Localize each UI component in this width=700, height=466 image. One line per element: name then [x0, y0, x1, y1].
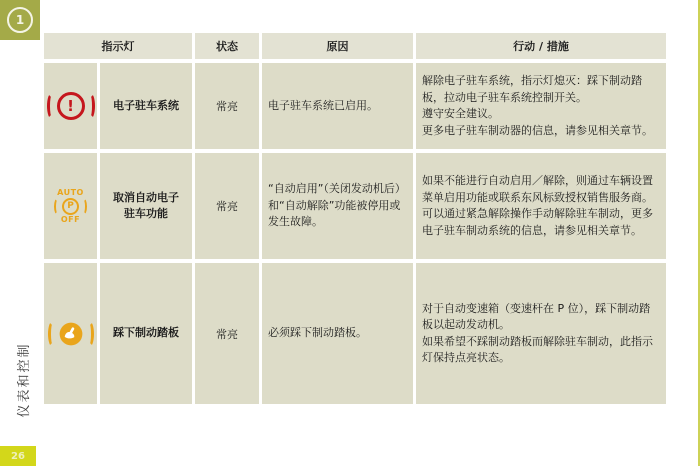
- table-row-1-status: 常亮: [195, 63, 259, 149]
- table-row-2-icon-cell: AUTO P OFF: [44, 153, 97, 259]
- header-indicator: 指示灯: [44, 33, 192, 59]
- auto-parking-brake-off-icon: AUTO P OFF: [54, 189, 87, 224]
- chapter-number: 1: [16, 14, 24, 26]
- p-glyph: P: [67, 201, 74, 211]
- arc-right: [80, 198, 87, 215]
- table-row-3-action: 对于自动变速箱（变速杆在 P 位），踩下制动踏板以起动发动机。 如果希望不踩制动…: [416, 263, 666, 404]
- foot-on-pedal-glyph: [58, 321, 84, 347]
- header-status: 状态: [195, 33, 259, 59]
- table-row-3-cause: 必须踩下制动踏板。: [262, 263, 413, 404]
- table-row-2-label: 取消自动电子 驻车功能: [100, 153, 192, 259]
- parking-brake-warning-icon: !: [47, 92, 95, 120]
- arc-right: [86, 93, 95, 119]
- table-row-2-cause: “自动启用”（关闭发动机后）和“自动解除”功能被停用或发生故障。: [262, 153, 413, 259]
- table-row-1-action: 解除电子驻车系统，指示灯熄灭：踩下制动踏板，拉动电子驻车系统控制开关。 遵守安全…: [416, 63, 666, 149]
- header-cause: 原因: [262, 33, 413, 59]
- exclamation-ring: !: [57, 92, 85, 120]
- press-brake-pedal-icon: [48, 321, 94, 347]
- table-row-1-icon-cell: !: [44, 63, 97, 149]
- table-row-3-icon-cell: [44, 263, 97, 404]
- table-row-2-action: 如果不能进行自动启用／解除，则通过车辆设置菜单启用功能或联系东风标致授权销售服务…: [416, 153, 666, 259]
- off-text: OFF: [61, 216, 80, 224]
- table-row-1-cause: 电子驻车系统已启用。: [262, 63, 413, 149]
- arc-left: [54, 198, 61, 215]
- table-row-2-status: 常亮: [195, 153, 259, 259]
- auto-text: AUTO: [57, 189, 84, 197]
- page-number: 26: [11, 451, 25, 462]
- arc-left: [47, 93, 56, 119]
- indicator-light-table: 指示灯 状态 原因 行动 / 措施 ! 电子驻车系统 常亮 电子驻车系统已启用。…: [44, 33, 666, 404]
- header-action: 行动 / 措施: [416, 33, 666, 59]
- p-ring: P: [62, 198, 79, 215]
- chapter-number-icon: 1: [7, 7, 33, 33]
- table-row-1-label: 电子驻车系统: [100, 63, 192, 149]
- arc-left: [48, 321, 57, 347]
- table-row-3-status: 常亮: [195, 263, 259, 404]
- chapter-title-vertical: 仪表和控制: [13, 342, 29, 418]
- table-row-3-label: 踩下制动踏板: [100, 263, 192, 404]
- arc-right: [85, 321, 94, 347]
- page-number-badge: 26: [0, 446, 36, 466]
- chapter-badge: 1: [0, 0, 40, 40]
- exclamation-glyph: !: [67, 99, 74, 114]
